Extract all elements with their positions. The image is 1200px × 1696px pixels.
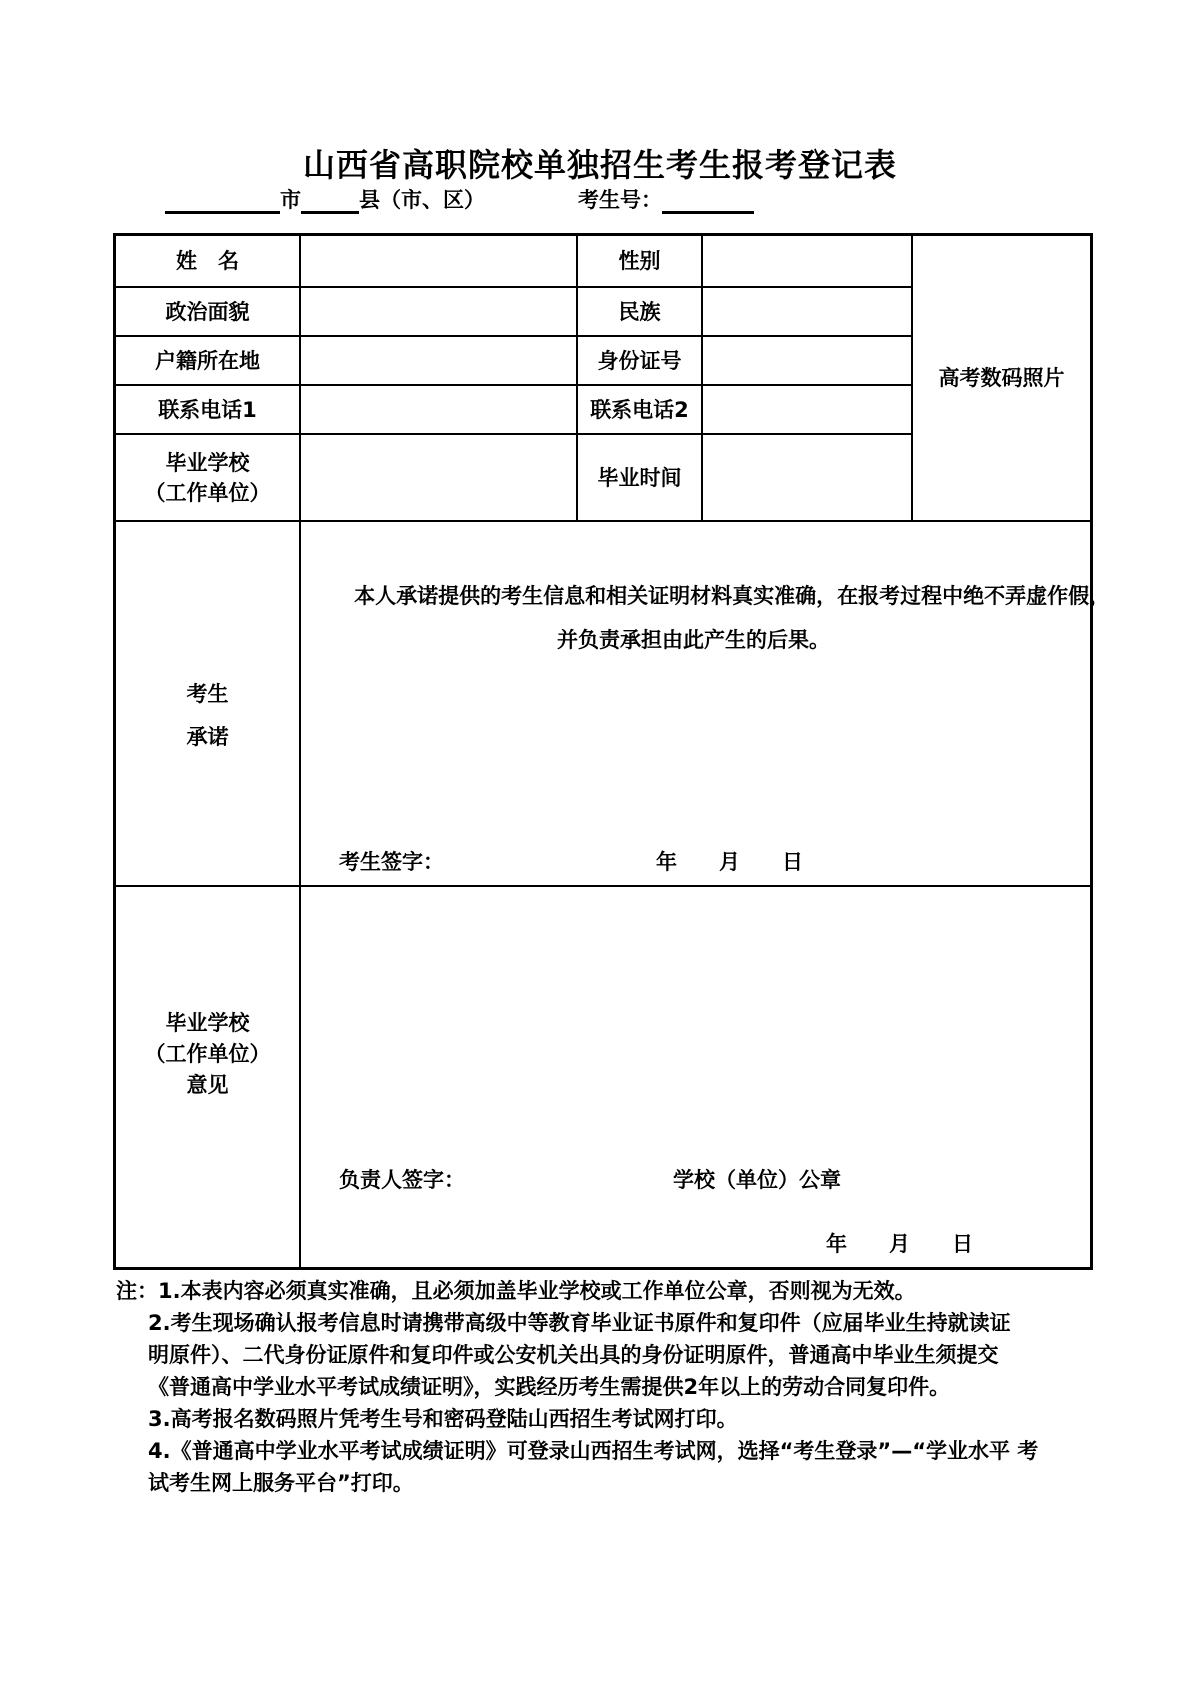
- name-label: 姓 名: [116, 236, 301, 288]
- form-subheader: 市 县（市、区） 考生号：: [0, 186, 1200, 216]
- phone1-field[interactable]: [301, 386, 578, 435]
- phone2-label: 联系电话2: [578, 386, 703, 435]
- household-location-label: 户籍所在地: [116, 337, 301, 386]
- name-field[interactable]: [301, 236, 578, 288]
- school-field[interactable]: [301, 435, 578, 522]
- city-label: 市: [280, 184, 301, 214]
- pledge-date-placeholder: 年 月 日: [656, 847, 803, 877]
- household-location-field[interactable]: [301, 337, 578, 386]
- id-number-field[interactable]: [703, 337, 913, 386]
- note-line: 试考生网上服务平台”打印。: [148, 1467, 1038, 1499]
- candidate-signature-label[interactable]: 考生签字：: [339, 847, 444, 877]
- id-number-label: 身份证号: [578, 337, 703, 386]
- note-line: 3.高考报名数码照片凭考生号和密码登陆山西招生考试网打印。: [148, 1403, 1038, 1435]
- candidate-info-table: 姓 名 性别 高考数码照片 政治面貌 民族 户籍所在地 身份证号 联系电话1 联…: [113, 233, 1093, 1270]
- phone1-label: 联系电话1: [116, 386, 301, 435]
- note-line: 《普通高中学业水平考试成绩证明》，实践经历考生需提供2年以上的劳动合同复印件。: [148, 1371, 1038, 1403]
- ethnicity-label: 民族: [578, 288, 703, 337]
- candidate-no-line: 考生号：: [578, 186, 754, 214]
- registration-form-page: 山西省高职院校单独招生考生报考登记表 市 县（市、区） 考生号： 姓 名 性别 …: [0, 0, 1200, 1696]
- political-status-field[interactable]: [301, 288, 578, 337]
- photo-box: 高考数码照片: [913, 236, 1090, 522]
- gender-label: 性别: [578, 236, 703, 288]
- photo-box-label: 高考数码照片: [939, 363, 1065, 393]
- graduation-date-field[interactable]: [703, 435, 913, 522]
- note-line: 明原件）、二代身份证原件和复印件或公安机关出具的身份证明原件，普通高中毕业生须提…: [148, 1339, 1038, 1371]
- political-status-label: 政治面貌: [116, 288, 301, 337]
- opinion-content-cell: 负责人签字： 学校（单位）公章 年 月 日: [301, 887, 1090, 1267]
- form-title: 山西省高职院校单独招生考生报考登记表: [0, 140, 1200, 186]
- opinion-label: 毕业学校 （工作单位） 意见: [116, 887, 301, 1267]
- phone2-field[interactable]: [703, 386, 913, 435]
- pledge-body-line2: 并负责承担由此产生的后果。: [309, 618, 1078, 662]
- school-seal-label: 学校（单位）公章: [673, 1165, 841, 1195]
- note-line: 注：1.本表内容必须真实准确，且必须加盖毕业学校或工作单位公章，否则视为无效。: [116, 1275, 1038, 1307]
- pledge-content-cell: 本人承诺提供的考生信息和相关证明材料真实准确，在报考过程中绝不弄虚作假， 并负责…: [301, 522, 1090, 887]
- pledge-body-line1: 本人承诺提供的考生信息和相关证明材料真实准确，在报考过程中绝不弄虚作假，: [309, 574, 1078, 618]
- county-label: 县（市、区）: [359, 184, 485, 214]
- graduation-date-label: 毕业时间: [578, 435, 703, 522]
- ethnicity-field[interactable]: [703, 288, 913, 337]
- principal-signature-label[interactable]: 负责人签字：: [339, 1165, 465, 1195]
- school-label: 毕业学校 （工作单位）: [116, 435, 301, 522]
- pledge-label: 考生 承诺: [116, 522, 301, 887]
- location-line: 市 县（市、区）: [165, 186, 485, 214]
- opinion-date-placeholder: 年 月 日: [826, 1229, 973, 1259]
- notes: 注：1.本表内容必须真实准确，且必须加盖毕业学校或工作单位公章，否则视为无效。 …: [116, 1275, 1038, 1499]
- gender-field[interactable]: [703, 236, 913, 288]
- notes-prefix: 注：: [116, 1279, 158, 1303]
- county-blank-field[interactable]: [301, 186, 359, 214]
- note-line: 4.《普通高中学业水平考试成绩证明》可登录山西招生考试网，选择“考生登录”—“学…: [148, 1435, 1038, 1467]
- city-blank-field[interactable]: [165, 186, 280, 214]
- note-line: 2.考生现场确认报考信息时请携带高级中等教育毕业证书原件和复印件（应届毕业生持就…: [148, 1307, 1038, 1339]
- candidate-no-blank-field[interactable]: [662, 186, 754, 214]
- candidate-no-label: 考生号：: [578, 184, 662, 214]
